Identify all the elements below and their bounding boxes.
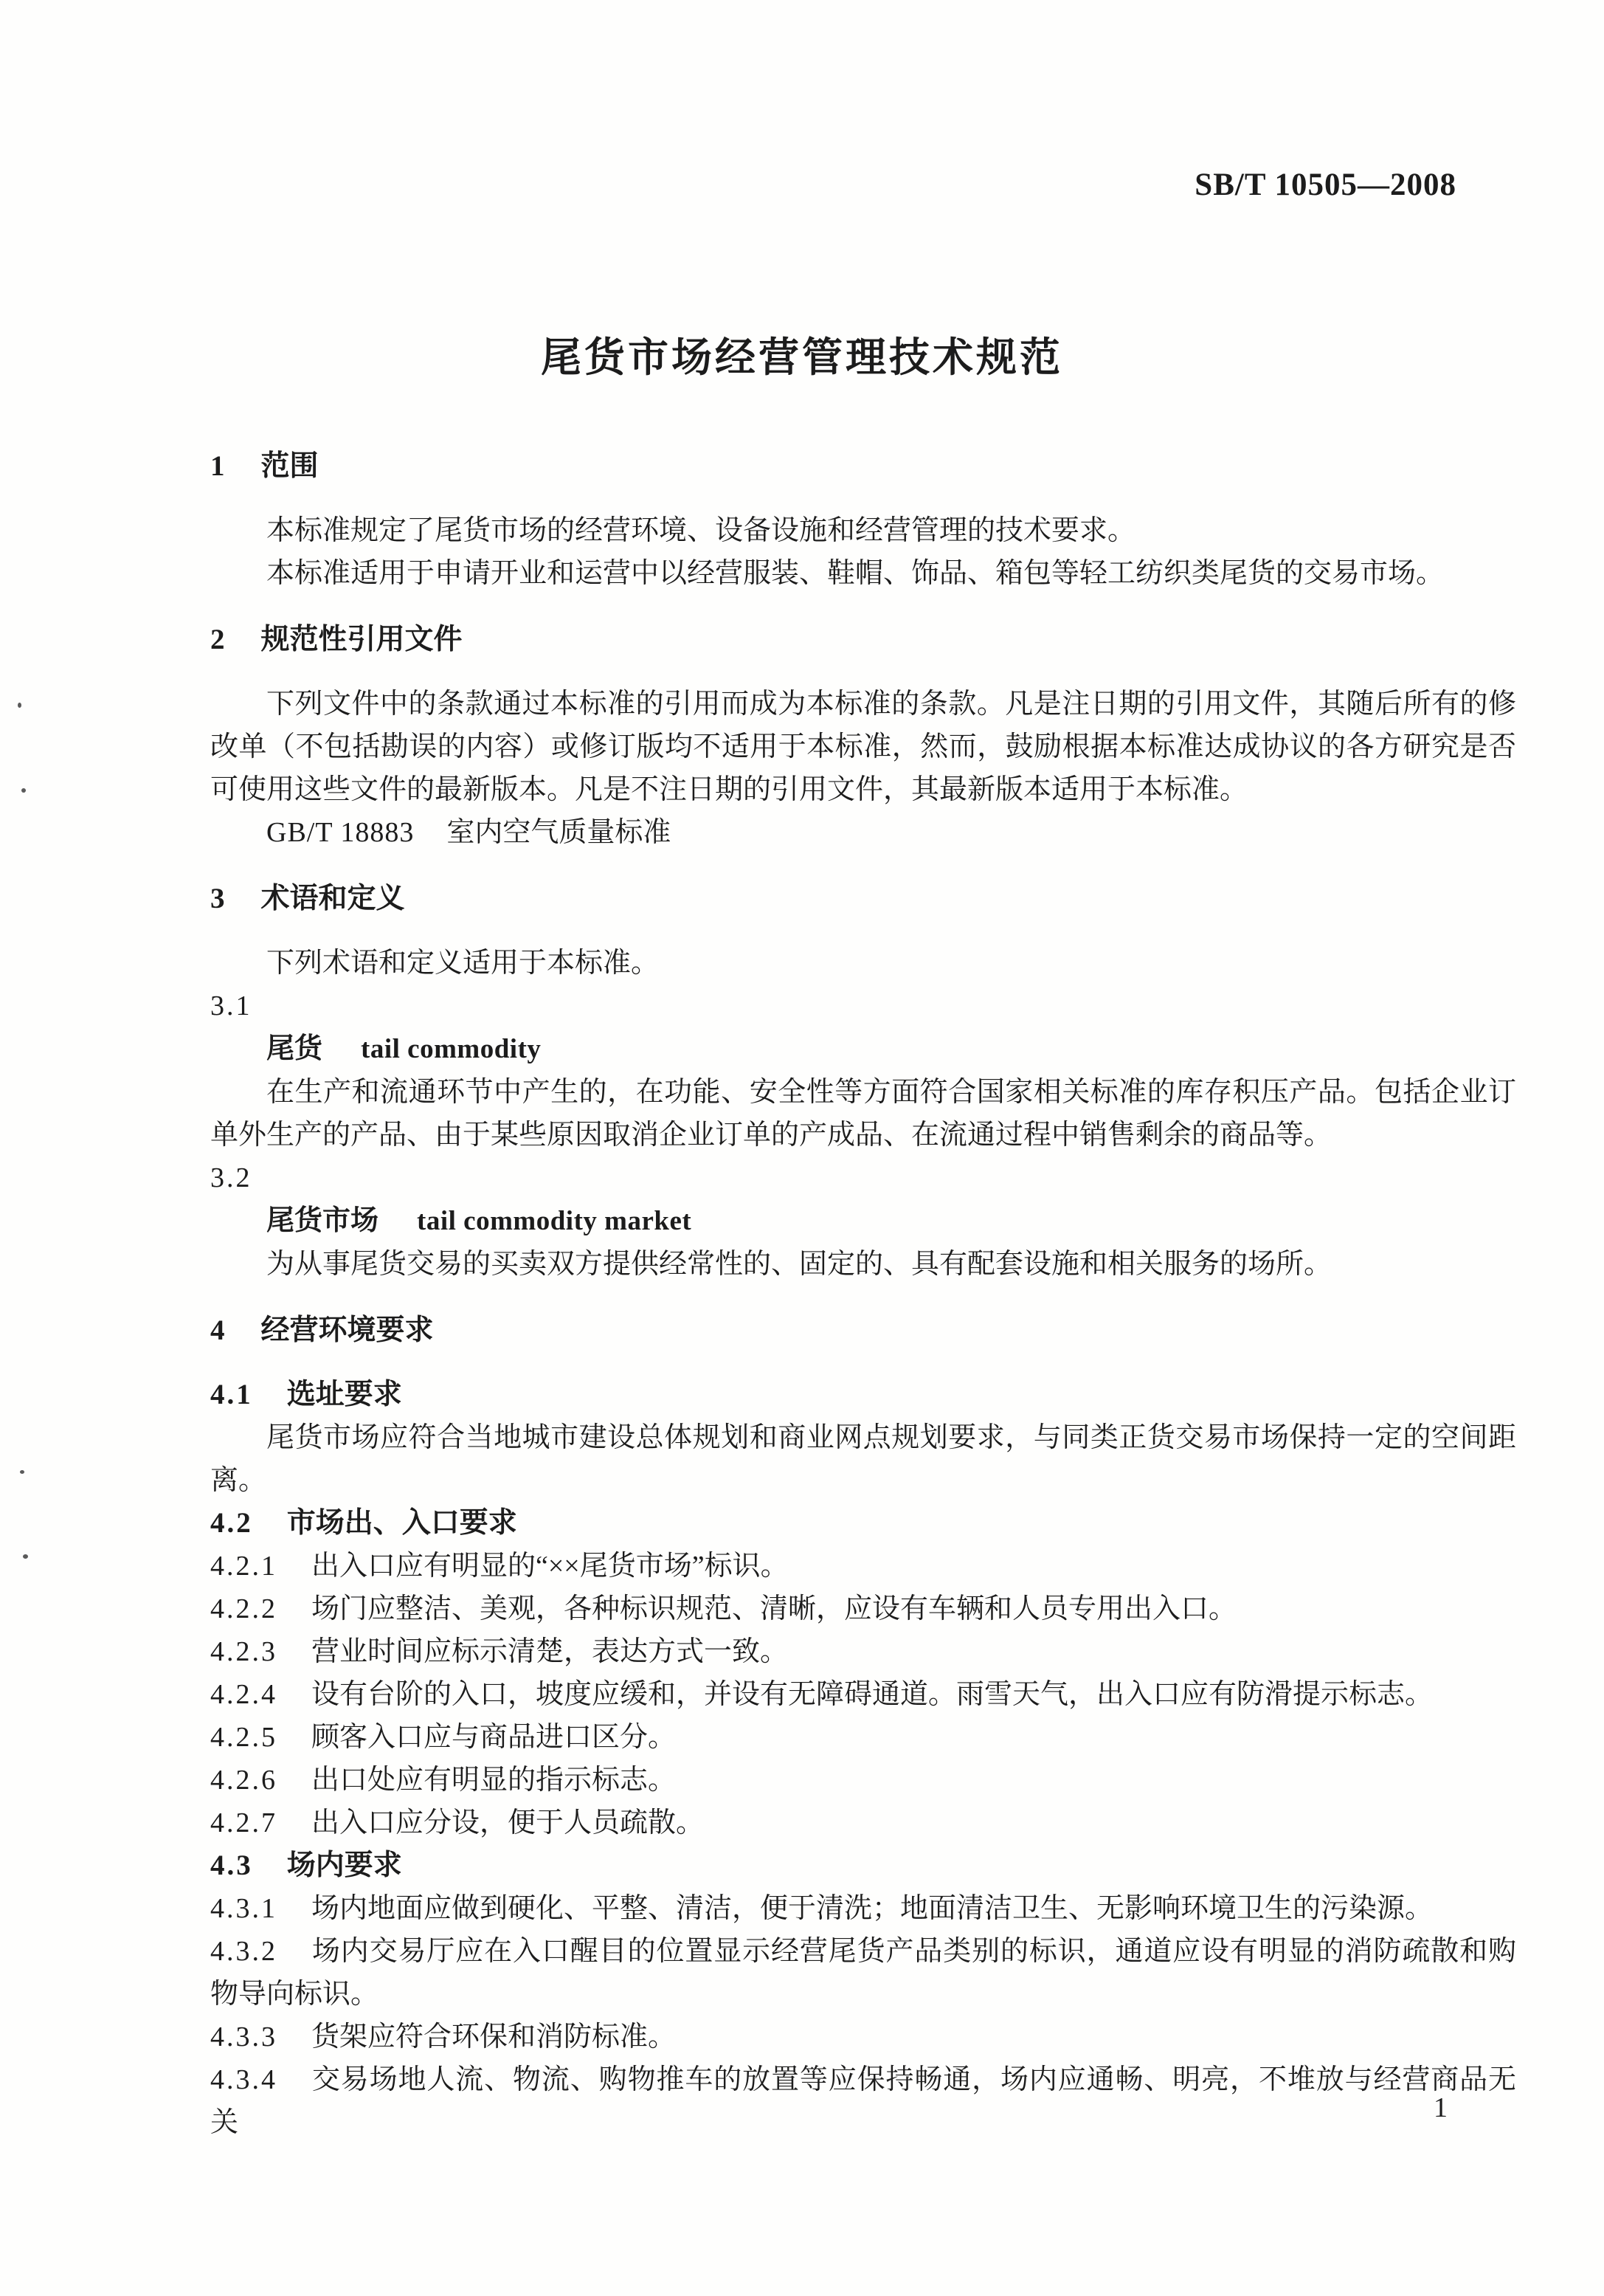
section-heading-1: 1范围 — [210, 445, 1516, 488]
clause-number: 4.2.1 — [210, 1551, 277, 1582]
clause-text: 交易场地人流、物流、购物推车的放置等应保持畅通，场内应通畅、明亮，不堆放与经营商… — [210, 2064, 1516, 2138]
clause-text: 顾客入口应与商品进口区分。 — [311, 1722, 676, 1753]
clause-number: 4.2.5 — [210, 1722, 277, 1753]
subsection-number: 4.2 — [210, 1507, 253, 1539]
term-definition: 在生产和流通环节中产生的，在功能、安全性等方面符合国家相关标准的库存积压产品。包… — [210, 1071, 1516, 1156]
clause-number: 4.2.2 — [210, 1593, 277, 1624]
subsection-heading-4-1: 4.1选址要求 — [210, 1373, 1516, 1416]
section-number: 2 — [210, 624, 227, 655]
standard-number: SB/T 10505—2008 — [1195, 167, 1456, 203]
clause-4-2-5: 4.2.5顾客入口应与商品进口区分。 — [210, 1716, 1516, 1759]
reference-title: 室内空气质量标准 — [446, 817, 671, 848]
paragraph: 下列术语和定义适用于本标准。 — [210, 942, 1516, 985]
page-number: 1 — [1434, 2092, 1448, 2124]
section-number: 3 — [210, 883, 227, 914]
document-body: 1范围 本标准规定了尾货市场的经营环境、设备设施和经营管理的技术要求。 本标准适… — [210, 421, 1516, 2144]
subsection-number: 4.3 — [210, 1849, 253, 1881]
scan-speck — [20, 1470, 24, 1474]
scan-speck — [18, 703, 21, 708]
term-number-3-1: 3.1 — [210, 985, 1516, 1027]
clause-number: 4.2.6 — [210, 1765, 277, 1796]
clause-text: 出入口应有明显的“××尾货市场”标识。 — [311, 1551, 789, 1582]
clause-number: 4.3.1 — [210, 1893, 277, 1924]
section-title: 术语和定义 — [261, 883, 405, 914]
term-entry: 尾货tail commodity — [210, 1027, 1516, 1071]
scan-speck — [21, 788, 26, 793]
section-number: 4 — [210, 1314, 227, 1346]
subsection-heading-4-2: 4.2市场出、入口要求 — [210, 1502, 1516, 1545]
clause-4-2-7: 4.2.7出入口应分设，便于人员疏散。 — [210, 1802, 1516, 1844]
clause-text: 设有台阶的入口，坡度应缓和，并设有无障碍通道。雨雪天气，出入口应有防滑提示标志。 — [311, 1679, 1433, 1710]
term-chinese: 尾货 — [266, 1033, 322, 1064]
term-english: tail commodity — [361, 1034, 541, 1064]
clause-number: 4.3.4 — [210, 2064, 277, 2095]
paragraph: 下列文件中的条款通过本标准的引用而成为本标准的条款。凡是注日期的引用文件，其随后… — [210, 683, 1516, 811]
term-entry: 尾货市场tail commodity market — [210, 1199, 1516, 1243]
term-definition: 为从事尾货交易的买卖双方提供经常性的、固定的、具有配套设施和相关服务的场所。 — [210, 1243, 1516, 1286]
clause-4-2-3: 4.2.3营业时间应标示清楚，表达方式一致。 — [210, 1630, 1516, 1673]
clause-text: 场内地面应做到硬化、平整、清洁，便于清洗；地面清洁卫生、无影响环境卫生的污染源。 — [311, 1893, 1433, 1924]
clause-text: 场内交易厅应在入口醒目的位置显示经营尾货产品类别的标识，通道应设有明显的消防疏散… — [210, 1936, 1516, 2010]
clause-text: 货架应符合环保和消防标准。 — [311, 2021, 676, 2052]
clause-text: 营业时间应标示清楚，表达方式一致。 — [311, 1636, 788, 1667]
subsection-title: 场内要求 — [287, 1849, 402, 1881]
clause-4-2-4: 4.2.4设有台阶的入口，坡度应缓和，并设有无障碍通道。雨雪天气，出入口应有防滑… — [210, 1673, 1516, 1716]
clause-4-3-2: 4.3.2场内交易厅应在入口醒目的位置显示经营尾货产品类别的标识，通道应设有明显… — [210, 1930, 1516, 2016]
clause-number: 4.2.7 — [210, 1807, 277, 1838]
clause-4-2-6: 4.2.6出口处应有明显的指示标志。 — [210, 1759, 1516, 1802]
clause-number: 4.3.2 — [210, 1936, 277, 1967]
clause-4-2-1: 4.2.1出入口应有明显的“××尾货市场”标识。 — [210, 1545, 1516, 1587]
subsection-number: 4.1 — [210, 1379, 253, 1410]
clause-text: 场门应整洁、美观，各种标识规范、清晰，应设有车辆和人员专用出入口。 — [311, 1593, 1237, 1624]
clause-text: 出口处应有明显的指示标志。 — [311, 1765, 676, 1796]
term-chinese: 尾货市场 — [266, 1205, 378, 1236]
section-title: 规范性引用文件 — [261, 624, 463, 655]
scan-speck — [23, 1554, 28, 1559]
subsection-title: 选址要求 — [287, 1379, 402, 1410]
clause-number: 4.2.4 — [210, 1679, 277, 1710]
section-title: 范围 — [261, 450, 319, 482]
normative-reference: GB/T 18883室内空气质量标准 — [210, 811, 1516, 854]
paragraph: 本标准规定了尾货市场的经营环境、设备设施和经营管理的技术要求。 — [210, 509, 1516, 552]
clause-4-2-2: 4.2.2场门应整洁、美观，各种标识规范、清晰，应设有车辆和人员专用出入口。 — [210, 1587, 1516, 1630]
section-number: 1 — [210, 450, 227, 482]
document-page: SB/T 10505—2008 尾货市场经营管理技术规范 1范围 本标准规定了尾… — [0, 0, 1604, 2296]
clause-4-3-3: 4.3.3货架应符合环保和消防标准。 — [210, 2016, 1516, 2058]
paragraph: 本标准适用于申请开业和运营中以经营服装、鞋帽、饰品、箱包等轻工纺织类尾货的交易市… — [210, 552, 1516, 595]
clause-number: 4.3.3 — [210, 2021, 277, 2052]
section-title: 经营环境要求 — [261, 1314, 434, 1346]
term-number-3-2: 3.2 — [210, 1156, 1516, 1199]
section-heading-4: 4经营环境要求 — [210, 1309, 1516, 1352]
paragraph: 尾货市场应符合当地城市建设总体规划和商业网点规划要求，与同类正货交易市场保持一定… — [210, 1416, 1516, 1502]
section-heading-2: 2规范性引用文件 — [210, 618, 1516, 661]
term-english: tail commodity market — [417, 1206, 691, 1236]
clause-4-3-4: 4.3.4交易场地人流、物流、购物推车的放置等应保持畅通，场内应通畅、明亮，不堆… — [210, 2058, 1516, 2144]
clause-text: 出入口应分设，便于人员疏散。 — [311, 1807, 704, 1838]
page-title: 尾货市场经营管理技术规范 — [0, 325, 1604, 383]
section-heading-3: 3术语和定义 — [210, 878, 1516, 920]
clause-4-3-1: 4.3.1场内地面应做到硬化、平整、清洁，便于清洗；地面清洁卫生、无影响环境卫生… — [210, 1887, 1516, 1930]
clause-number: 4.2.3 — [210, 1636, 277, 1667]
subsection-heading-4-3: 4.3场内要求 — [210, 1844, 1516, 1887]
subsection-title: 市场出、入口要求 — [287, 1507, 517, 1539]
reference-code: GB/T 18883 — [266, 817, 414, 848]
